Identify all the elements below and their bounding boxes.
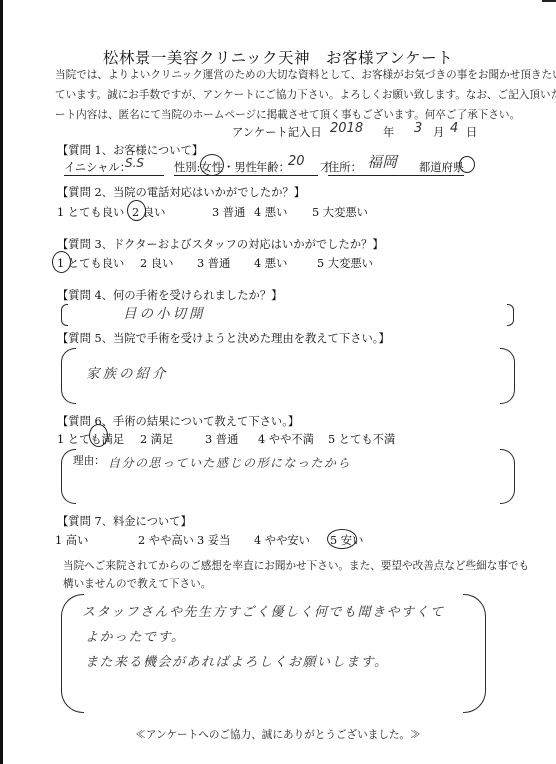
gender-separator: ・ <box>223 161 234 174</box>
q4-heading: 【質問 4、何の手術を受けられましたか？】 <box>57 287 282 303</box>
q3-option-5[interactable]: 5 大変悪い <box>317 255 373 271</box>
q2-heading: 【質問 2、当院の電話対応はいかがでしたか？】 <box>57 184 305 200</box>
q4-bracket-left <box>61 304 68 326</box>
q6-reason-label: 理由： <box>73 453 105 468</box>
date-day-unit: 日 <box>466 124 477 140</box>
q6-selected-circle <box>89 424 108 447</box>
q2-selected-circle <box>127 200 146 221</box>
q7-option-3[interactable]: 3 妥当 <box>197 532 230 548</box>
q2-option-3[interactable]: 3 普通 <box>212 204 245 220</box>
q6-option-3[interactable]: 3 普通 <box>205 431 238 447</box>
q6-option-4[interactable]: 4 やや不満 <box>258 431 314 447</box>
scan-edge <box>0 0 3 764</box>
q7-heading: 【質問 7、料金について】 <box>57 513 192 529</box>
gender-male: 男性 <box>234 161 257 174</box>
impressions-answer-1: スタッフさんや先生方すごく優しく何でも聞きやすくて <box>82 601 445 620</box>
q5-bracket-right <box>500 348 515 404</box>
q4-answer: 目の小切開 <box>123 302 206 322</box>
q3-option-4[interactable]: 4 悪い <box>254 255 287 271</box>
q2-option-4[interactable]: 4 悪い <box>254 204 287 220</box>
date-month-unit: 月 <box>433 124 444 140</box>
age-value: 20 <box>288 154 305 169</box>
initial-value: S.S <box>125 156 144 170</box>
date-month: 3 <box>414 121 422 136</box>
footer-thanks: ≪アンケートへのご協力、誠にありがとうございました。≫ <box>0 727 556 742</box>
q2-option-1[interactable]: 1 とても良い <box>57 204 124 220</box>
address-value: 福岡 <box>367 151 397 172</box>
address-suffix: 都道府県 <box>419 159 464 176</box>
initial-label: イニシャル： <box>64 161 131 174</box>
q6-option-2[interactable]: 2 満足 <box>140 431 173 447</box>
q7-option-2[interactable]: 2 やや高い <box>138 532 194 548</box>
initial-field: イニシャル： <box>64 159 164 176</box>
q2-option-5[interactable]: 5 大変悪い <box>312 204 368 220</box>
q5-bracket-left <box>61 348 76 404</box>
q6-bracket-right <box>500 449 515 504</box>
address-label: 住所： <box>328 161 362 174</box>
q7-option-1[interactable]: 1 高い <box>55 532 88 548</box>
q3-option-2[interactable]: 2 良い <box>140 255 173 271</box>
impressions-bracket-left <box>61 594 84 713</box>
q6-reason-answer: 自分の思っていた感じの形になったから <box>108 454 351 471</box>
q7-option-4[interactable]: 4 やや安い <box>254 532 310 548</box>
impressions-bracket-right <box>463 594 486 713</box>
impressions-prompt-1: 当院へご来院されてからのご感想を率直にお聞かせ下さい。また、要望や改善点など些細… <box>63 556 529 576</box>
age-label: 年齢： <box>256 161 290 174</box>
q7-selected-circle <box>327 529 357 549</box>
impressions-answer-3: また来る機会があればよろしくお願いします。 <box>85 651 388 670</box>
gender-label: 性別: <box>174 161 200 174</box>
q5-heading: 【質問 5、当院で手術を受けようと決めた理由を教えて下さい。】 <box>57 330 390 346</box>
date-day: 4 <box>450 121 458 136</box>
age-field: 年齢： <box>256 159 318 176</box>
q3-selected-circle <box>52 251 71 273</box>
address-suffix-circle <box>459 156 475 173</box>
intro-line-1: 当院では、よりよいクリニック運営のための大切な資料として、お客様がお気づきの事を… <box>55 65 556 85</box>
q4-bracket-right <box>507 304 514 326</box>
q3-heading: 【質問 3、ドクターおよびスタッフの対応はいかがでしたか？】 <box>57 236 384 252</box>
impressions-prompt-2: 構いませんので教えて下さい。 <box>63 574 211 594</box>
intro-line-2: ています。誠にお手数ですが、アンケートにご協力下さい。よろしくお願い致します。な… <box>55 85 556 105</box>
date-label: アンケート記入日 <box>232 124 322 140</box>
impressions-answer-2: よかったです。 <box>85 626 185 645</box>
q6-option-5[interactable]: 5 とても不満 <box>328 431 395 447</box>
date-year: 2018 <box>330 121 363 136</box>
q3-option-3[interactable]: 3 普通 <box>197 255 230 271</box>
date-year-unit: 年 <box>383 124 394 140</box>
gender-selected-circle <box>200 154 224 176</box>
q5-answer: 家族の紹介 <box>86 362 169 382</box>
scan-mark <box>542 0 556 2</box>
